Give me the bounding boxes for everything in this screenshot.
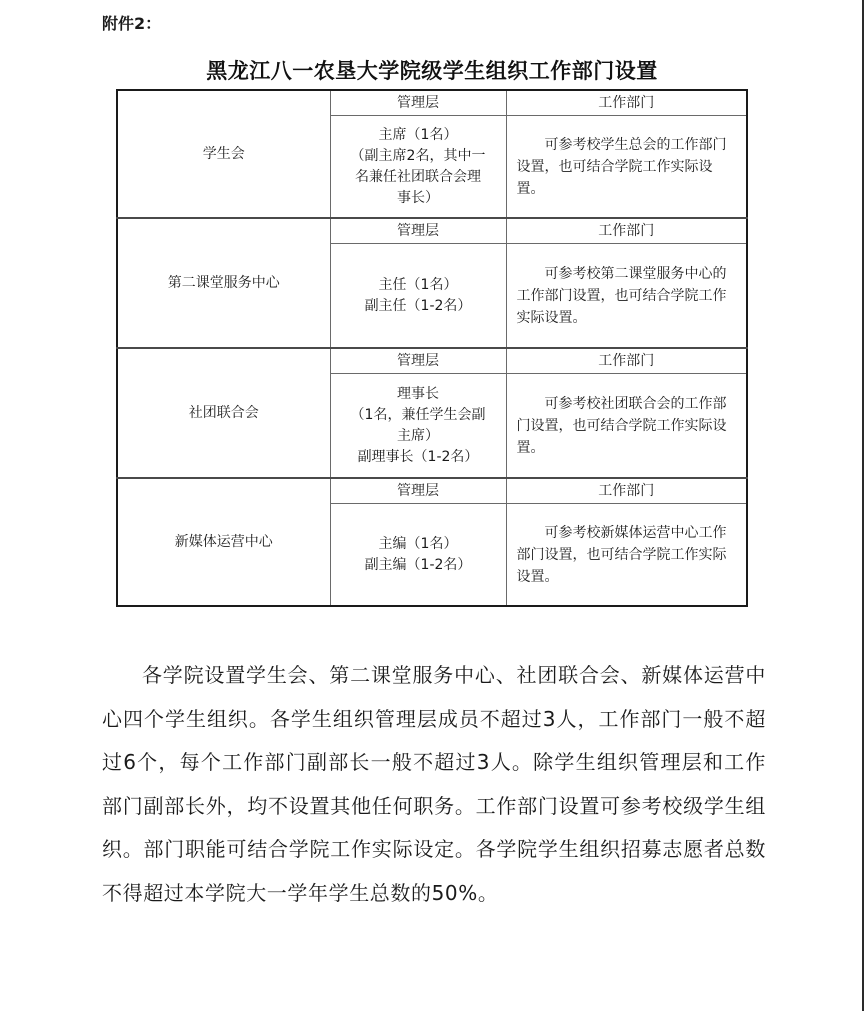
management-line: 副理事长（1-2名） bbox=[337, 447, 500, 468]
org-structure-table: 学生会 管理层 工作部门 主席（1名） （副主席2名，其中一 名兼任社团联合会理… bbox=[116, 89, 748, 607]
management-header: 管理层 bbox=[330, 90, 506, 116]
org-name-cell: 新媒体运营中心 bbox=[117, 478, 330, 606]
management-line: 主席） bbox=[337, 426, 500, 447]
management-cell: 主任（1名） 副主任（1-2名） bbox=[330, 244, 506, 349]
table-row-header: 学生会 管理层 工作部门 bbox=[117, 90, 747, 116]
table-row-header: 新媒体运营中心 管理层 工作部门 bbox=[117, 478, 747, 504]
management-line: 主任（1名） bbox=[337, 275, 500, 296]
management-header: 管理层 bbox=[330, 478, 506, 504]
management-line: 事长） bbox=[337, 188, 500, 209]
attachment-label: 附件2： bbox=[102, 11, 161, 34]
body-paragraph: 各学院设置学生会、第二课堂服务中心、社团联合会、新媒体运营中心四个学生组织。各学… bbox=[102, 654, 766, 915]
departments-header: 工作部门 bbox=[506, 218, 747, 244]
management-line: 理事长 bbox=[337, 384, 500, 405]
departments-cell: 可参考校第二课堂服务中心的工作部门设置，也可结合学院工作实际设置。 bbox=[506, 244, 747, 349]
org-name-cell: 学生会 bbox=[117, 90, 330, 218]
management-cell: 主席（1名） （副主席2名，其中一 名兼任社团联合会理 事长） bbox=[330, 116, 506, 219]
management-line: 名兼任社团联合会理 bbox=[337, 167, 500, 188]
org-name-cell: 第二课堂服务中心 bbox=[117, 218, 330, 348]
management-line: 主编（1名） bbox=[337, 534, 500, 555]
management-line: （1名，兼任学生会副 bbox=[337, 405, 500, 426]
management-cell: 主编（1名） 副主编（1-2名） bbox=[330, 504, 506, 607]
departments-cell: 可参考校新媒体运营中心工作部门设置，也可结合学院工作实际设置。 bbox=[506, 504, 747, 607]
departments-cell: 可参考校社团联合会的工作部门设置，也可结合学院工作实际设置。 bbox=[506, 374, 747, 479]
management-line: （副主席2名，其中一 bbox=[337, 146, 500, 167]
departments-cell: 可参考校学生总会的工作部门设置，也可结合学院工作实际设置。 bbox=[506, 116, 747, 219]
management-header: 管理层 bbox=[330, 218, 506, 244]
management-line: 副主编（1-2名） bbox=[337, 555, 500, 576]
table-row-header: 第二课堂服务中心 管理层 工作部门 bbox=[117, 218, 747, 244]
management-header: 管理层 bbox=[330, 348, 506, 374]
table-row-header: 社团联合会 管理层 工作部门 bbox=[117, 348, 747, 374]
management-line: 主席（1名） bbox=[337, 125, 500, 146]
departments-header: 工作部门 bbox=[506, 90, 747, 116]
departments-header: 工作部门 bbox=[506, 348, 747, 374]
document-title: 黑龙江八一农垦大学院级学生组织工作部门设置 bbox=[0, 55, 864, 85]
management-cell: 理事长 （1名，兼任学生会副 主席） 副理事长（1-2名） bbox=[330, 374, 506, 479]
management-line: 副主任（1-2名） bbox=[337, 296, 500, 317]
org-name-cell: 社团联合会 bbox=[117, 348, 330, 478]
departments-header: 工作部门 bbox=[506, 478, 747, 504]
